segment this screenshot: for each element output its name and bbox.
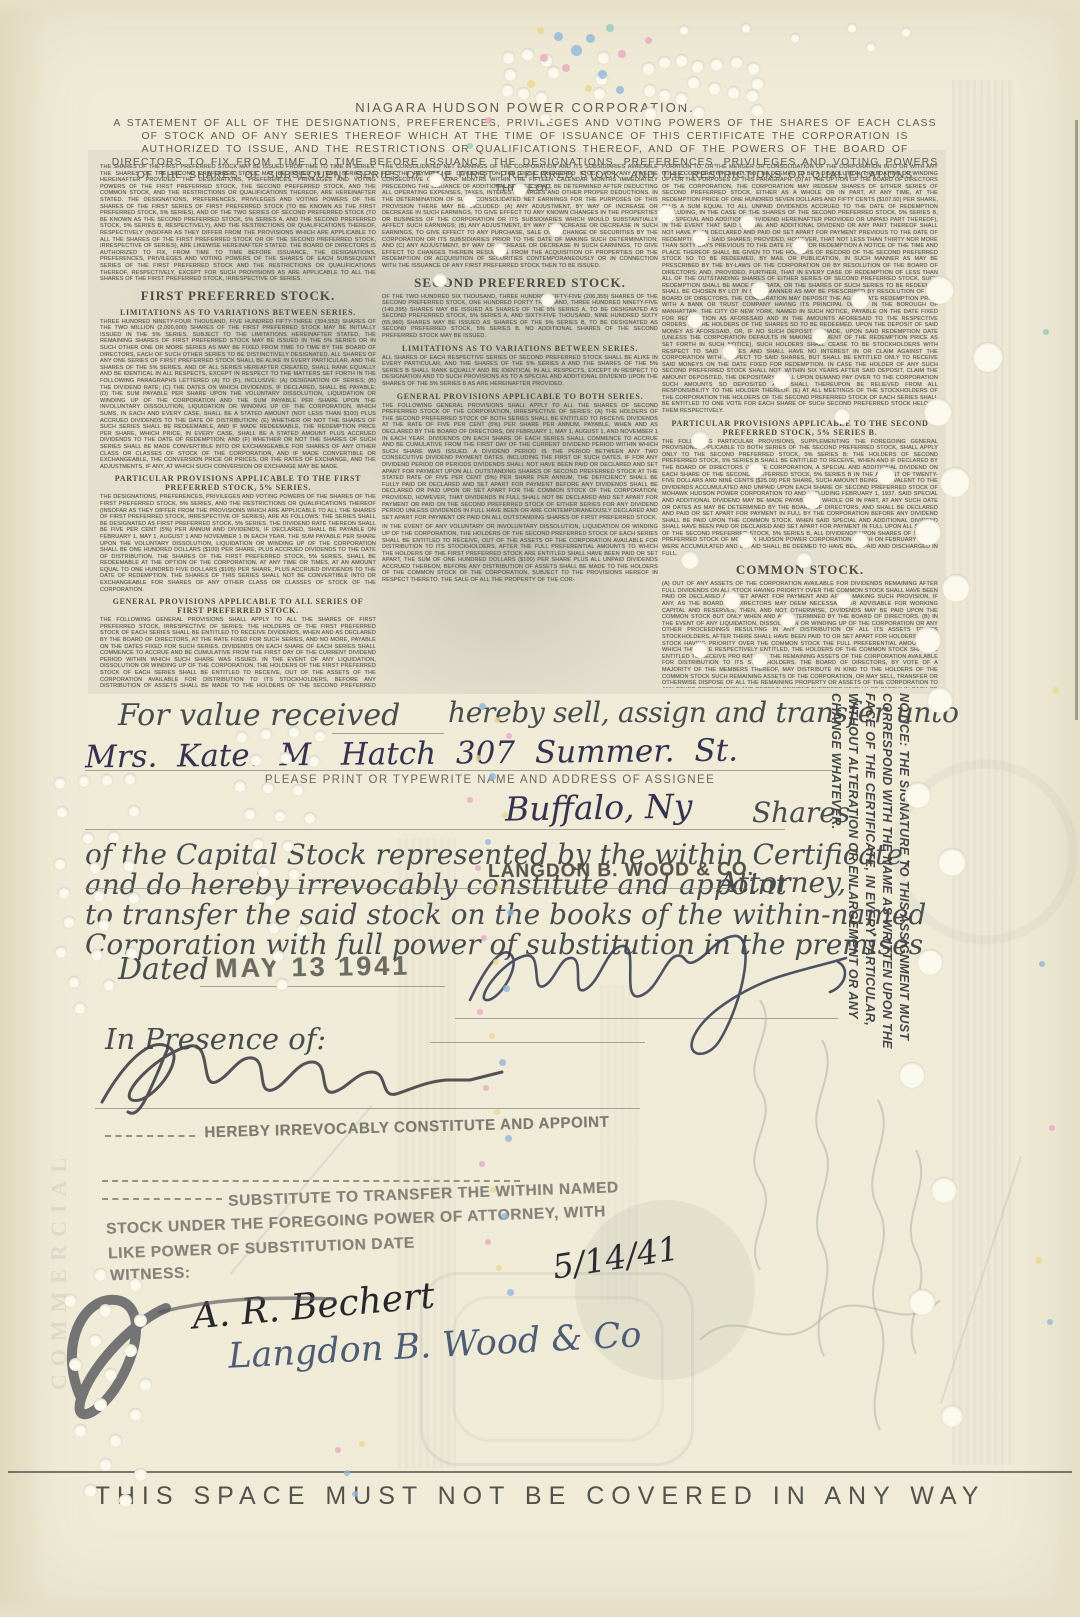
confetti-dot (485, 839, 491, 845)
confetti-dot (499, 1059, 506, 1066)
stock-certificate-back: COMMERCIAL NIAGARA HUDSON POWER CORPORAT… (0, 0, 1080, 1617)
confetti-dot (489, 1033, 495, 1039)
confetti-dot (562, 64, 570, 72)
confetti-dot (571, 45, 582, 56)
confetti-dot (344, 1470, 350, 1476)
confetti-dot (485, 117, 492, 124)
confetti-dot (507, 1289, 514, 1296)
confetti-dot (506, 733, 512, 739)
confetti-layer (0, 0, 1080, 1617)
confetti-dot (494, 1109, 500, 1115)
confetti-dot (352, 1491, 358, 1497)
confetti-dot (335, 1447, 341, 1453)
confetti-dot (505, 1135, 512, 1142)
confetti-dot (1039, 961, 1045, 967)
confetti-dot (495, 885, 501, 891)
confetti-dot (485, 1239, 491, 1245)
confetti-dot (606, 24, 614, 32)
confetti-dot (586, 34, 595, 43)
confetti-dot (475, 865, 481, 871)
confetti-dot (1047, 1319, 1053, 1325)
confetti-dot (1053, 687, 1059, 693)
confetti-dot (537, 27, 544, 34)
confetti-dot (554, 32, 563, 41)
confetti-dot (359, 1441, 365, 1447)
confetti-dot (481, 935, 487, 941)
confetti-dot (493, 959, 499, 965)
confetti-dot (477, 1009, 483, 1015)
confetti-dot (490, 1187, 496, 1193)
confetti-dot (475, 755, 481, 761)
confetti-dot (501, 1213, 508, 1220)
confetti-dot (494, 717, 500, 723)
confetti-dot (507, 909, 514, 916)
confetti-dot (479, 1161, 485, 1167)
confetti-dot (540, 54, 548, 62)
confetti-dot (527, 80, 535, 88)
confetti-dot (618, 50, 626, 58)
confetti-dot (598, 70, 607, 79)
confetti-dot (483, 1085, 489, 1091)
confetti-dot (467, 143, 473, 149)
confetti-dot (503, 985, 510, 992)
confetti-dot (1043, 329, 1049, 335)
confetti-dot (489, 773, 496, 780)
confetti-dot (479, 703, 486, 710)
confetti-dot (1035, 1257, 1042, 1264)
confetti-dot (467, 797, 473, 803)
confetti-dot (616, 86, 624, 94)
confetti-dot (496, 1265, 502, 1271)
confetti-dot (585, 85, 592, 92)
confetti-dot (645, 37, 652, 44)
confetti-dot (502, 812, 508, 818)
confetti-dot (1049, 1125, 1055, 1131)
